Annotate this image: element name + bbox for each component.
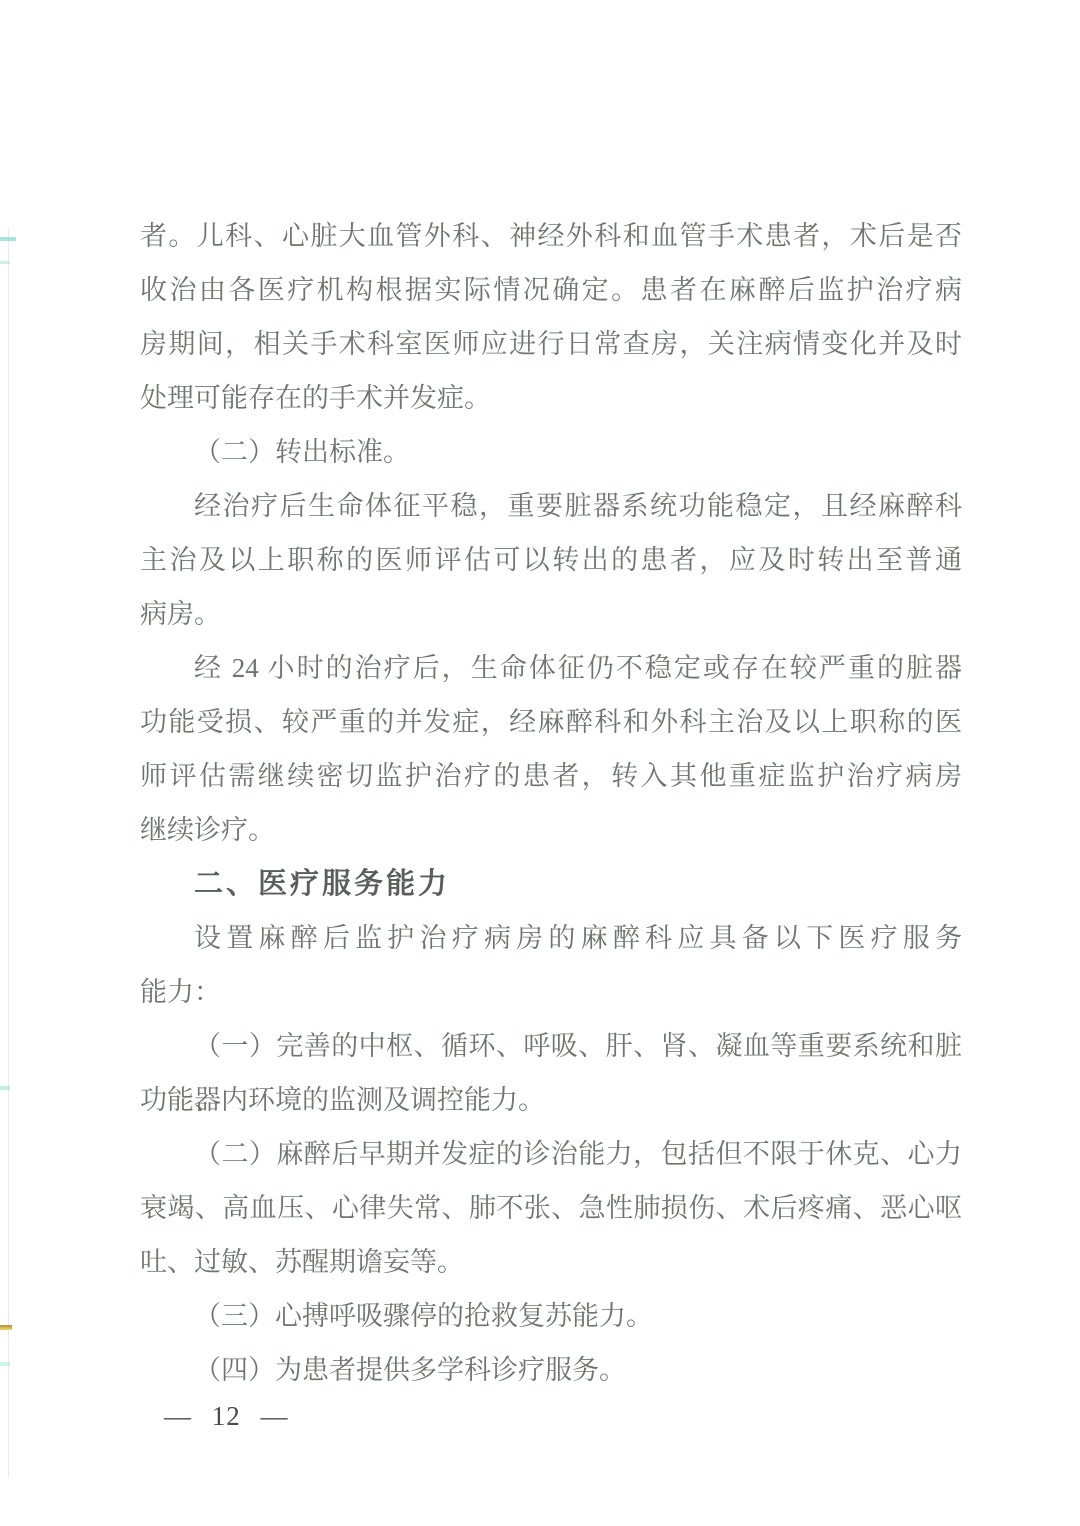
document-line: 者。儿科、心脏大血管外科、神经外科和血管手术患者，术后是否 xyxy=(140,209,962,263)
scan-artifact-teal xyxy=(0,237,16,241)
document-line: 功能受损、较严重的并发症，经麻醉科和外科主治及以上职称的医 xyxy=(140,695,962,749)
document-body: 者。儿科、心脏大血管外科、神经外科和血管手术患者，术后是否 收治由各医疗机构根据… xyxy=(140,209,962,1397)
document-line: 病房。 xyxy=(140,587,962,641)
section-heading: 二、医疗服务能力 xyxy=(140,857,962,911)
scan-artifact-teal xyxy=(0,1086,10,1090)
scan-artifact-yellow xyxy=(0,1325,12,1330)
document-line: 衰竭、高血压、心律失常、肺不张、急性肺损伤、术后疼痛、恶心呕 xyxy=(140,1181,962,1235)
document-line: （四）为患者提供多学科诊疗服务。 xyxy=(140,1343,962,1397)
scanned-page: 者。儿科、心脏大血管外科、神经外科和血管手术患者，术后是否 收治由各医疗机构根据… xyxy=(0,0,1080,1526)
document-line: 设置麻醉后监护治疗病房的麻醉科应具备以下医疗服务 xyxy=(140,911,962,965)
document-line: 吐、过敏、苏醒期谵妄等。 xyxy=(140,1235,962,1289)
document-line: （一）完善的中枢、循环、呼吸、肝、肾、凝血等重要系统和脏器 xyxy=(140,1019,962,1073)
document-line: 房期间，相关手术科室医师应进行日常查房，关注病情变化并及时 xyxy=(140,317,962,371)
document-line: （三）心搏呼吸骤停的抢救复苏能力。 xyxy=(140,1289,962,1343)
document-line: 功能、内环境的监测及调控能力。 xyxy=(140,1073,962,1127)
scan-artifact-teal xyxy=(0,261,10,264)
document-line: 经 24 小时的治疗后，生命体征仍不稳定或存在较严重的脏器 xyxy=(140,641,962,695)
document-line: 主治及以上职称的医师评估可以转出的患者，应及时转出至普通 xyxy=(140,533,962,587)
scan-artifact-teal xyxy=(0,1362,10,1366)
document-line: 能力： xyxy=(140,965,962,1019)
document-line: （二）麻醉后早期并发症的诊治能力，包括但不限于休克、心力 xyxy=(140,1127,962,1181)
page-number: — 12 — xyxy=(164,1398,289,1434)
subsection-heading: （二）转出标准。 xyxy=(140,425,962,479)
scan-edge-line xyxy=(8,228,9,1478)
document-line: 收治由各医疗机构根据实际情况确定。患者在麻醉后监护治疗病 xyxy=(140,263,962,317)
document-line: 继续诊疗。 xyxy=(140,803,962,857)
document-line: 处理可能存在的手术并发症。 xyxy=(140,371,962,425)
document-line: 师评估需继续密切监护治疗的患者，转入其他重症监护治疗病房 xyxy=(140,749,962,803)
document-line: 经治疗后生命体征平稳，重要脏器系统功能稳定，且经麻醉科 xyxy=(140,479,962,533)
